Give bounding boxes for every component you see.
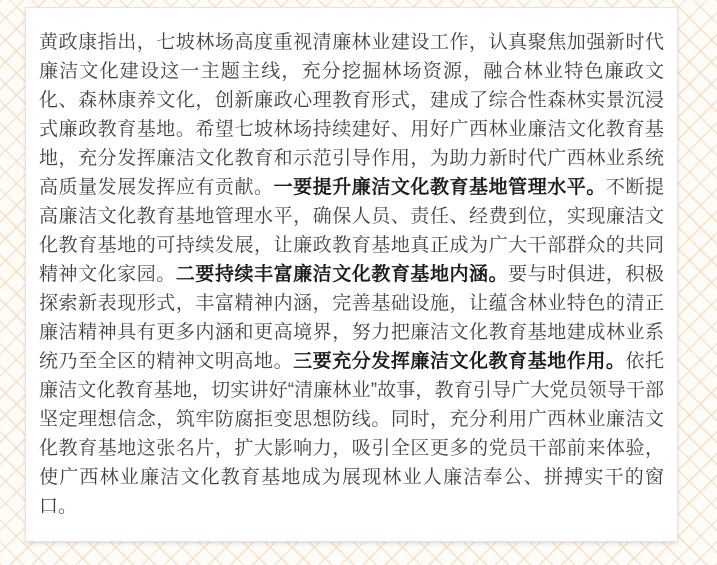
article-card: 黄政康指出，七坡林场高度重视清廉林业建设工作，认真聚焦加强新时代廉洁文化建设这一… bbox=[25, 7, 678, 542]
text-run-emphasis: 三要充分发挥廉洁文化教育基地作用。 bbox=[293, 351, 625, 372]
page-background: { "page": { "background": { "base_color"… bbox=[0, 0, 717, 565]
text-run: 依托廉洁文化教育基地，切实讲好“清廉林业”故事，教育引导广大党员领导干部坚定理想… bbox=[39, 351, 664, 517]
article-paragraph: 黄政康指出，七坡林场高度重视清廉林业建设工作，认真聚焦加强新时代廉洁文化建设这一… bbox=[39, 28, 664, 521]
text-run-emphasis: 二要持续丰富廉洁文化教育基地内涵。 bbox=[176, 264, 508, 285]
text-run: 黄政康指出，七坡林场高度重视清廉林业建设工作，认真聚焦加强新时代廉洁文化建设这一… bbox=[39, 32, 664, 198]
text-run-emphasis: 一要提升廉洁文化教育基地管理水平。 bbox=[274, 177, 606, 198]
